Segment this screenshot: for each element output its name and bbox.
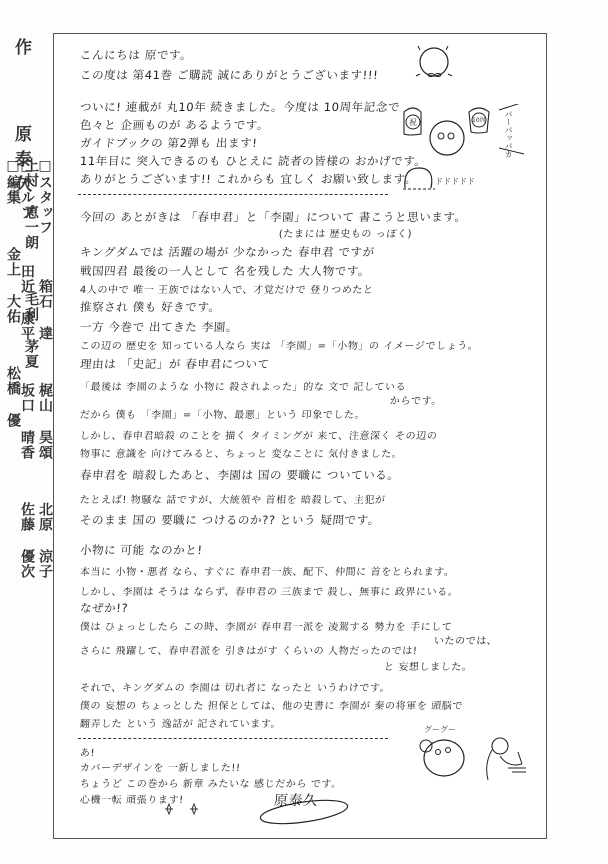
text-line: この辺の 歴史を 知っている人なら 実は 「李園」=「小物」の イメージでしょう… xyxy=(79,337,479,352)
text-line: カバーデザインを 一新しました!! xyxy=(79,759,241,774)
text-line: 本当に 小物・悪者 なら、すぐに 春申君一族、配下、仲間に 首をとられます。 xyxy=(79,563,455,578)
text-line: こんにちは 原です。 xyxy=(79,47,192,63)
text-line: 戦国四君 最後の一人として 名を残した 大人物です。 xyxy=(79,263,370,279)
help-name: 坂口 晴香 xyxy=(19,383,35,460)
text-line: たとえば! 物騒な 話ですが、大統領や 首相を 暗殺して、主犯が xyxy=(79,491,386,506)
editor-name: 松橋 優 xyxy=(5,366,21,428)
text-line: と 妄想しました。 xyxy=(383,658,473,673)
text-line: ありがとうございます!! これからも 宜しく お願い致します。 xyxy=(79,171,417,187)
sfx-dododo: ドドドドド xyxy=(435,176,475,187)
text-line: 色々と 企画ものが あるようです。 xyxy=(79,117,269,133)
text-line: (たまには 歴史もの っぽく) xyxy=(278,225,412,240)
editor-label: □編集 xyxy=(5,158,21,205)
staff-name: 梶山 昊頌 xyxy=(37,383,53,460)
sleeping-bird-sketch-icon: グーグー xyxy=(416,724,468,784)
text-line: からです。 xyxy=(389,392,442,407)
celebration-bird-sketch-icon: 祝 10周 パーパッパカ xyxy=(399,104,529,164)
text-line: なぜか!? xyxy=(79,600,128,616)
text-line: 「最後は 李園のような 小物に 殺されよった」的な 文で 記している xyxy=(79,378,406,393)
sfx-gu: グーグー xyxy=(424,724,456,735)
text-line: 小物に 可能 なのかと! xyxy=(79,542,203,558)
text-line: しかし、李園は そうは ならず、春申君の 三族まで 殺し、無事に 政界にいる。 xyxy=(79,583,459,598)
text-line: さらに 飛躍して、春申君派を 引きはがす くらいの 人物だったのでは! xyxy=(79,642,418,657)
text-line: それで、キングダムの 李園は 切れ者に なったと いうわけです。 xyxy=(79,679,390,694)
text-line: 推察され 僕も 好きです。 xyxy=(79,299,221,315)
round-bird-sketch-icon xyxy=(414,42,454,84)
text-line: 一方 今巻で 出てきた 李園。 xyxy=(79,319,238,335)
help-credits: □ヘルプ 田近 康平 坂口 晴香 佐藤 優次 □編集 金上 大佑 松橋 優 xyxy=(6,158,34,608)
text-line: あ! xyxy=(79,744,95,759)
dashed-divider xyxy=(78,194,388,195)
signature: 原泰久 xyxy=(254,784,354,829)
afterword-frame: こんにちは 原です。 この度は 第41巻 ご購読 誠にありがとうございます!!!… xyxy=(53,33,547,839)
text-line: しかし、春申君暗殺 のことを 描く タイミングが 来て、注意深く その辺の xyxy=(79,427,438,442)
text-line: 僕の 妄想の ちょっとした 担保としては、他の史書に 李園が 秦の将軍を 頭脳で xyxy=(79,697,463,712)
text-line: 僕は ひょっとしたら この時、李園が 春申君一派を 凌駕する 勢力を 手にして xyxy=(79,618,453,633)
help-label: □ヘルプ xyxy=(19,158,35,220)
text-line: この度は 第41巻 ご購読 誠にありがとうございます!!! xyxy=(79,67,378,83)
sparkle-icon xyxy=(164,802,204,816)
author-label: 作 xyxy=(11,38,31,63)
sfx-pafu: パーパッパカ xyxy=(503,110,514,158)
text-line: 春申君を 暗殺したあと、李園は 国の 要職に ついている。 xyxy=(79,467,400,483)
text-line: いたのでは、 xyxy=(433,632,498,647)
text-line: 今回の あとがきは 「春申君」と「李園」について 書こうと思います。 xyxy=(79,209,467,225)
text-line: 翻弄した という 逸話が 記されています。 xyxy=(79,715,281,730)
sign-right-label: 10周 xyxy=(472,115,486,124)
author-drawing-sketch-icon xyxy=(482,734,528,784)
staff-name: 箱石 達 xyxy=(37,279,53,341)
signature-text: 原泰久 xyxy=(273,790,318,810)
text-line: 理由は 「史記」が 春申君について xyxy=(79,356,270,372)
text-line: キングダムでは 活躍の場が 少なかった 春申君 ですが xyxy=(79,244,375,260)
text-line: 4人の中で 唯一 王族ではない人で、才覚だけで 登りつめたと xyxy=(79,281,374,296)
editor-name: 金上 大佑 xyxy=(5,247,21,324)
sign-left-label: 祝 xyxy=(409,117,417,128)
text-line: そのまま 国の 要職に つけるのか?? という 疑問です。 xyxy=(79,512,380,528)
help-name: 田近 康平 xyxy=(19,264,35,341)
staff-label: □スタッフ xyxy=(37,158,53,235)
text-line: 11年目に 突入できるのも ひとえに 読者の皆様の おかげです。 xyxy=(79,153,427,169)
text-line: ガイドブックの 第2弾も 出ます! xyxy=(79,135,258,151)
credits-column: 作 原泰久 □スタッフ 箱石 達 梶山 昊頌 北原 涼子 上村 恵一朗 毛利 茅… xyxy=(0,28,52,608)
dashed-divider xyxy=(78,738,388,739)
text-line: だから 僕も 「李園」=「小物、最悪」という 印象でした。 xyxy=(79,406,365,421)
help-name: 佐藤 優次 xyxy=(19,502,35,579)
running-bird-sketch-icon: ドドドドド xyxy=(399,162,439,194)
text-line: ついに! 連載が 丸10年 続きました。今度は 10周年記念で xyxy=(79,99,400,115)
staff-name: 北原 涼子 xyxy=(37,502,53,579)
text-line: 物事に 意識を 向けてみると、ちょっと 変なことに 気付きました。 xyxy=(79,445,403,460)
